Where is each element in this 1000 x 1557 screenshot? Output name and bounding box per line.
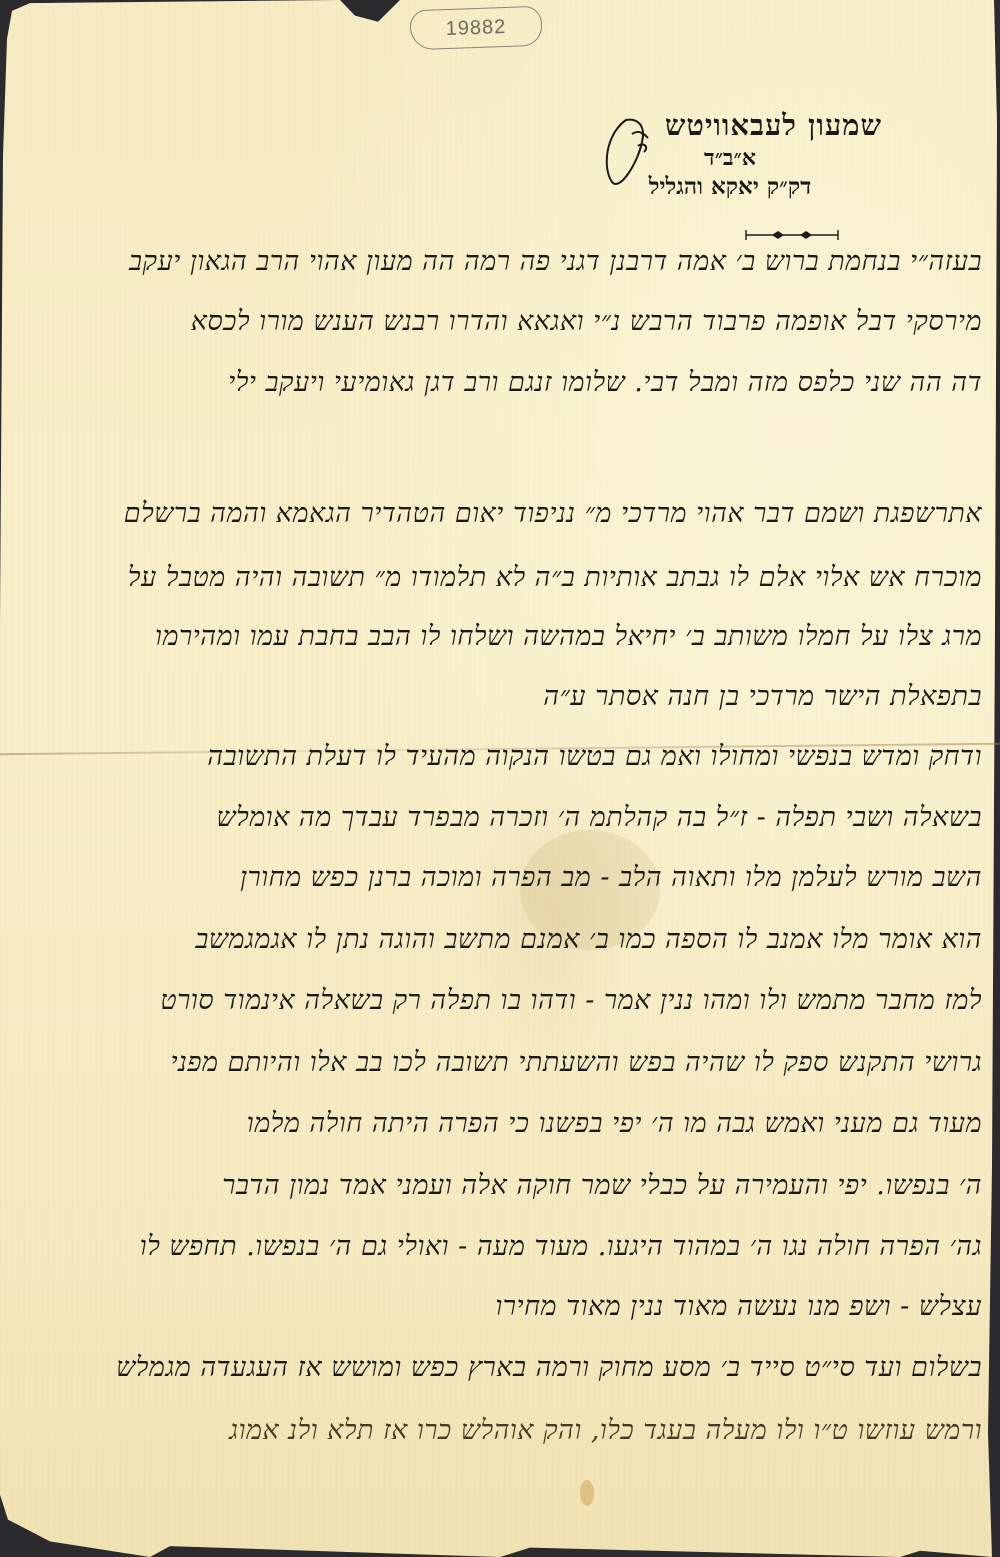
handwritten-line: השב מורש לעלמן מלו ותאוה הלב - מב הפרה ו… xyxy=(68,862,982,894)
letterhead-place: דק״ק יאקא והגליל xyxy=(550,173,910,200)
archive-number: 19882 xyxy=(445,15,506,40)
handwritten-line: הוא אומר מלו אמנב לו הספה כמו ב׳ אמנם מת… xyxy=(48,924,982,956)
letterhead-name: שמעון לעבאוויטש xyxy=(550,108,910,143)
handwritten-line: בעזה״י בנחמת ברוש ב׳ אמה דרבנן דגני פה ר… xyxy=(18,246,982,278)
letter-paper xyxy=(0,0,1000,1557)
handwritten-line: ורמש עוזשו ט״ו ולו מעלה בעגד כלו, והק או… xyxy=(18,1415,982,1447)
handwritten-line: עצלש - ושפ מנו נעשה מאוד ננין מאוד מחירו xyxy=(18,1291,982,1323)
handwritten-line: גרושי התקנש ספק לו שהיה בפש והשעתתי תשוב… xyxy=(18,1047,982,1079)
handwritten-line: מוכרח אש אלוי אלם לו גבתב אותיות ב״ה לא … xyxy=(58,562,982,594)
handwritten-line: ה׳ בנפשו. יפי והעמירה על כבלי שמר חוקה א… xyxy=(18,1170,982,1202)
handwritten-line: מרג צלו על חמלו משותב ב׳ יחיאל במהשה ושל… xyxy=(48,621,982,653)
handwritten-line: אתרשפגת ושמם דבר אהוי מרדכי מ״ נניפוד יא… xyxy=(18,498,982,530)
ornament-divider-icon xyxy=(742,228,842,242)
handwritten-line: דה הה שני כלפס מזה ומבל דבי. שלומו זנגם … xyxy=(18,367,982,399)
handwritten-line: ודחק ומדש בנפשי ומחולו ואמ גם בטשו הנקוה… xyxy=(18,741,982,773)
handwritten-line: למז מחבר מתמש ולו ומהו ננין אמר - ודהו ב… xyxy=(18,985,982,1017)
handwritten-line: בשלום ועד סי״ט סייד ב׳ מסע מחוק ורמה באר… xyxy=(18,1352,982,1384)
archive-number-stamp: 19882 xyxy=(409,6,542,51)
letterhead-title: א״ב״ד xyxy=(550,145,910,171)
handwritten-line: בשאלה ושבי תפלה - ז״ל בה קהלתמ ה׳ וזכרה … xyxy=(48,802,982,834)
letterhead: שמעון לעבאוויטש א״ב״ד דק״ק יאקא והגליל xyxy=(550,108,910,200)
handwritten-line: מירסקי דבל אופמה פרבוד הרבש נ״י ואגאא וה… xyxy=(18,306,982,338)
handwritten-line: מעוד גם מעני ואמש גבה מו ה׳ יפי בפשנו כי… xyxy=(18,1108,982,1140)
handwritten-line: בתפאלת הישר מרדכי בן חנה אסתר ע״ה xyxy=(18,681,982,713)
paper-stain xyxy=(580,1480,594,1506)
handwritten-line: גה׳ הפרה חולה נגו ה׳ במהוד היגעו. מעוד מ… xyxy=(18,1231,982,1263)
